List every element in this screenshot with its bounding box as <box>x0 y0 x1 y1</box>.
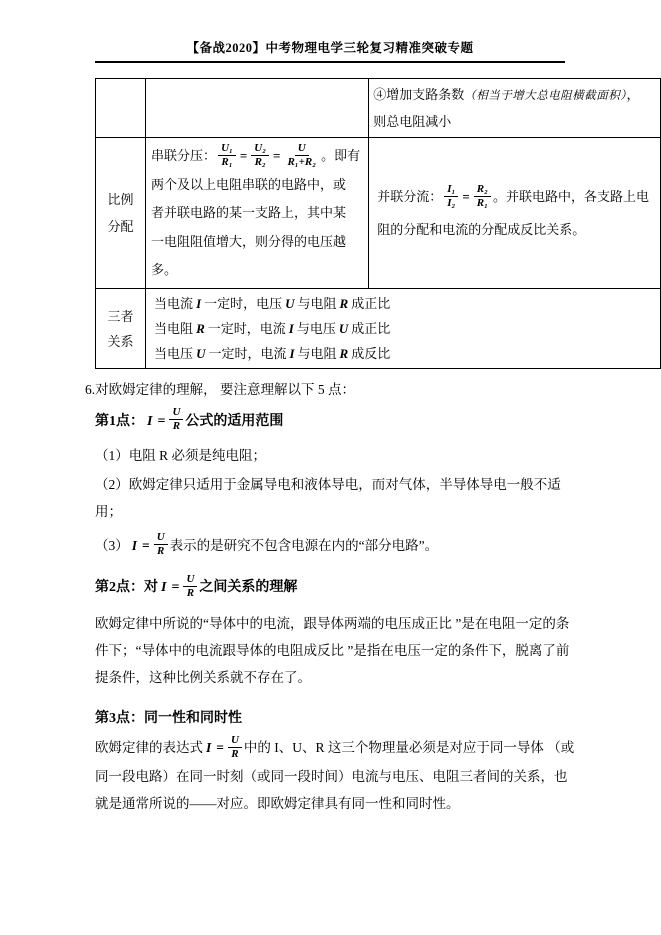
header-rule <box>95 61 565 63</box>
page-content: 【备战2020】中考物理电学三轮复习精准突破专题 ④增加支路条数（相当于增大总电… <box>0 0 661 817</box>
point2-paragraph: 欧姆定律中所说的“导体中的电流，跟导体两端的电压成正比 ”是在电阻一定的条件下；… <box>95 610 655 691</box>
point1-item1: （1）电阻 R 必须是纯电阻； <box>95 444 655 464</box>
table-cell-empty <box>96 79 146 138</box>
point3-paragraph: 欧姆定律的表达式I=UR中的 I、U、R 这三个物理量必须是对应于同一导体 （或… <box>95 734 655 816</box>
row-label-three-quantities: 三者关系 <box>96 289 146 369</box>
point3-heading: 第3点：同一性和同时性 <box>95 707 655 727</box>
table-row-parallel-resistance: ④增加支路条数（相当于增大总电阻横截面积），则总电阻减小 <box>96 79 661 138</box>
page-header: 【备战2020】中考物理电学三轮复习精准突破专题 <box>95 38 661 63</box>
row-label-proportional-distribution: 比例分配 <box>96 138 146 289</box>
table-cell-add-branches: ④增加支路条数（相当于增大总电阻横截面积），则总电阻减小 <box>369 79 661 138</box>
header-title: 【备战2020】中考物理电学三轮复习精准突破专题 <box>95 38 565 56</box>
document-page: 【备战2020】中考物理电学三轮复习精准突破专题 ④增加支路条数（相当于增大总电… <box>0 0 661 935</box>
point1-heading: 第1点：I=UR公式的适用范围 <box>95 407 655 437</box>
point1-item2: （2）欧姆定律只适用于金属导电和液体导电，而对气体，半导体导电一般不适用； <box>95 471 655 525</box>
intro-line: 6.对欧姆定律的理解， 要注意理解以下 5 点： <box>85 378 655 398</box>
table-row-three-quantities-relation: 三者关系 当电流I一定时，电压U与电阻R成正比当电阻R一定时，电流I与电压U成正… <box>96 289 661 369</box>
table-cell-series-voltage-division: 串联分压：U₁R₁=U₂R₂=UR₁+R₂。即有两个及以上电阻串联的电路中，或者… <box>146 138 369 289</box>
table-cell-three-relations: 当电流I一定时，电压U与电阻R成正比当电阻R一定时，电流I与电压U成正比当电压U… <box>146 289 661 369</box>
point2-heading: 第2点：对I=UR之间关系的理解 <box>95 573 655 603</box>
table-row-proportional-distribution: 比例分配 串联分压：U₁R₁=U₂R₂=UR₁+R₂。即有两个及以上电阻串联的电… <box>96 138 661 289</box>
table-cell-empty <box>146 79 369 138</box>
point1-item3: （3）I=UR表示的是研究不包含电源在内的“部分电路”。 <box>95 532 655 560</box>
body-text: 6.对欧姆定律的理解， 要注意理解以下 5 点： 第1点：I=UR公式的适用范围… <box>95 378 655 817</box>
ohm-law-summary-table: ④增加支路条数（相当于增大总电阻横截面积），则总电阻减小 比例分配 串联分压：U… <box>95 78 661 369</box>
table-cell-parallel-current-division: 并联分流：I₁I₂=R₂R₁。并联电路中，各支路上电阻的分配和电流的分配成反比关… <box>369 138 661 289</box>
